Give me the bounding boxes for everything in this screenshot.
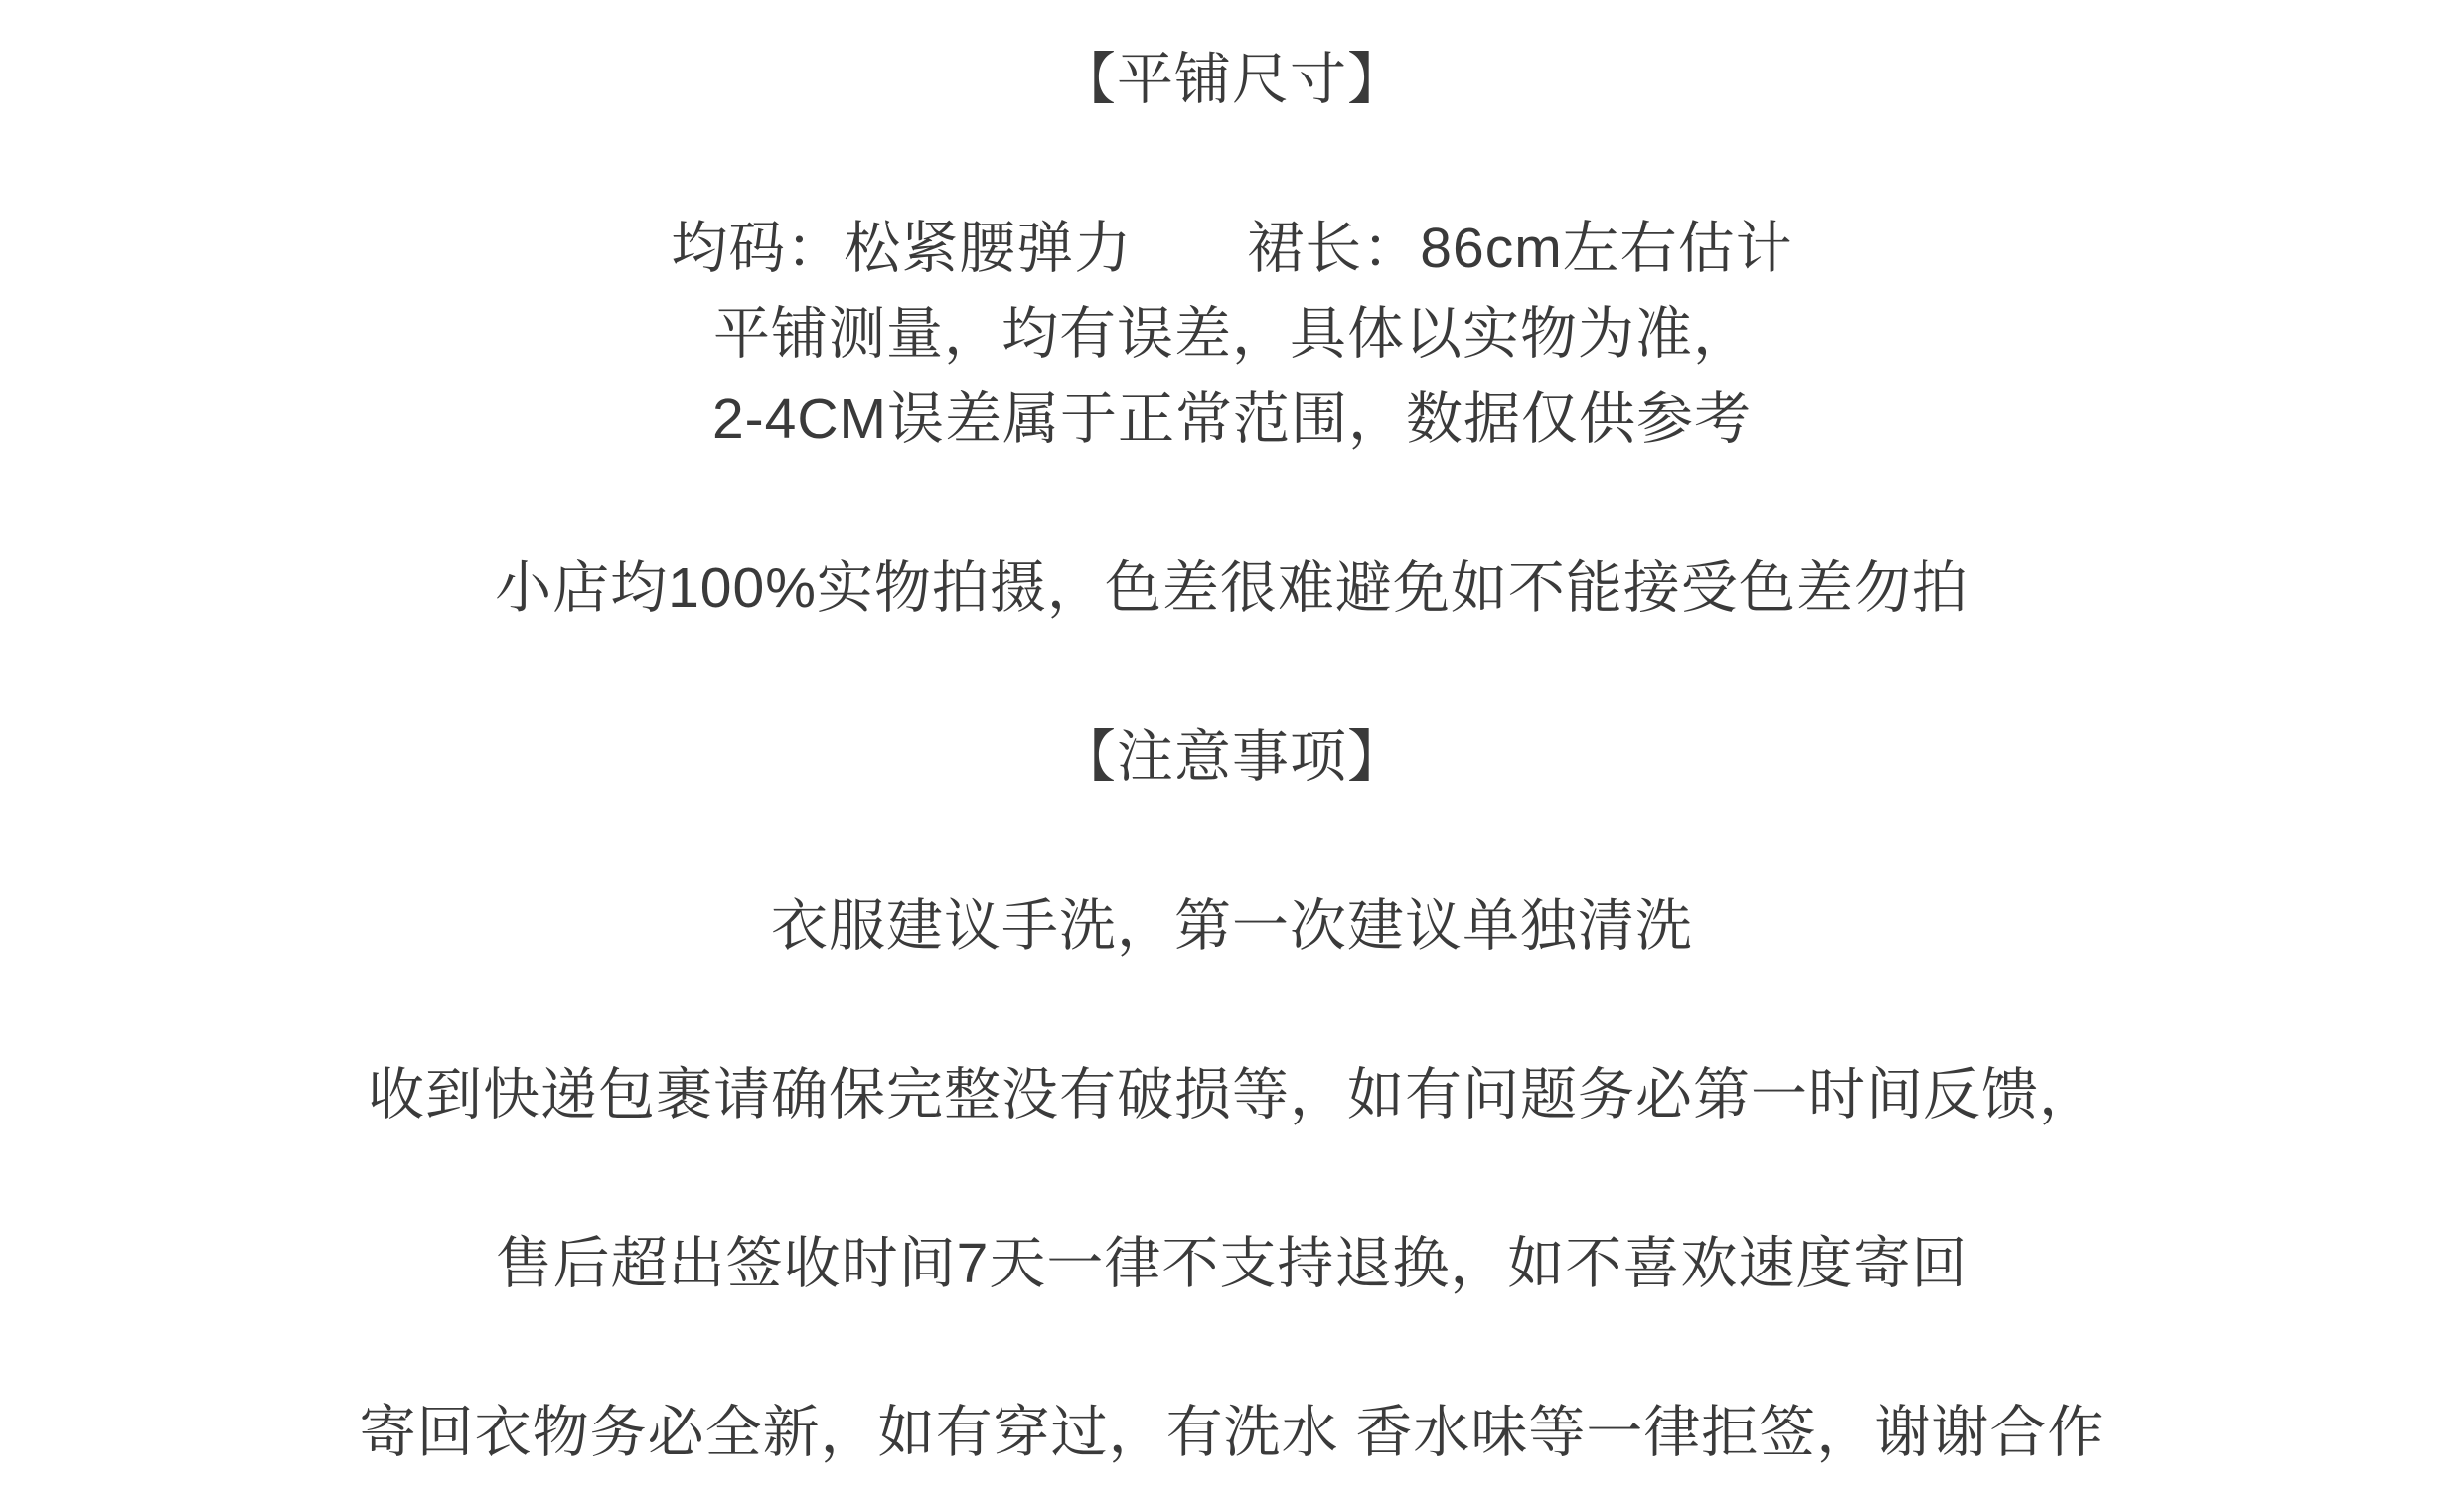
tolerance-line-2: 2-4CM误差属于正常范围，数据仅供参考 — [712, 376, 1752, 462]
return-policy-note: 售后超出签收时间7天一律不支持退换，如不喜欢速度寄回 — [496, 1221, 1969, 1306]
notice-section-title: 【注意事项】 — [1059, 714, 1405, 800]
wash-note: 衣服建议手洗，第一次建议单独清洗 — [771, 883, 1693, 969]
size-measurement-paragraph: 均码：松紧腰弹力 裙长：86cm左右估计 平铺测量，均有误差，具体以实物为准， … — [671, 206, 1792, 462]
tolerance-line-1: 平铺测量，均有误差，具体以实物为准， — [713, 291, 1751, 376]
return-condition-note: 寄回衣物务必全新，如有穿过，有洗水 香水味等一律拒签，谢谢合作 — [360, 1390, 2105, 1475]
size-section-title: 【平铺尺寸】 — [1059, 37, 1405, 122]
size-measurement-line: 均码：松紧腰弹力 裙长：86cm左右估计 — [671, 206, 1792, 291]
product-description-page: 【平铺尺寸】 均码：松紧腰弹力 裙长：86cm左右估计 平铺测量，均有误差，具体… — [0, 0, 2464, 1498]
delivery-inspection-note: 收到快递包裹请确保完整没有破损等，如有问题务必第一时间反馈， — [368, 1052, 2096, 1137]
photo-color-note: 小店均100%实物拍摄，色差很难避免如不能接受色差勿拍 — [495, 545, 1969, 631]
